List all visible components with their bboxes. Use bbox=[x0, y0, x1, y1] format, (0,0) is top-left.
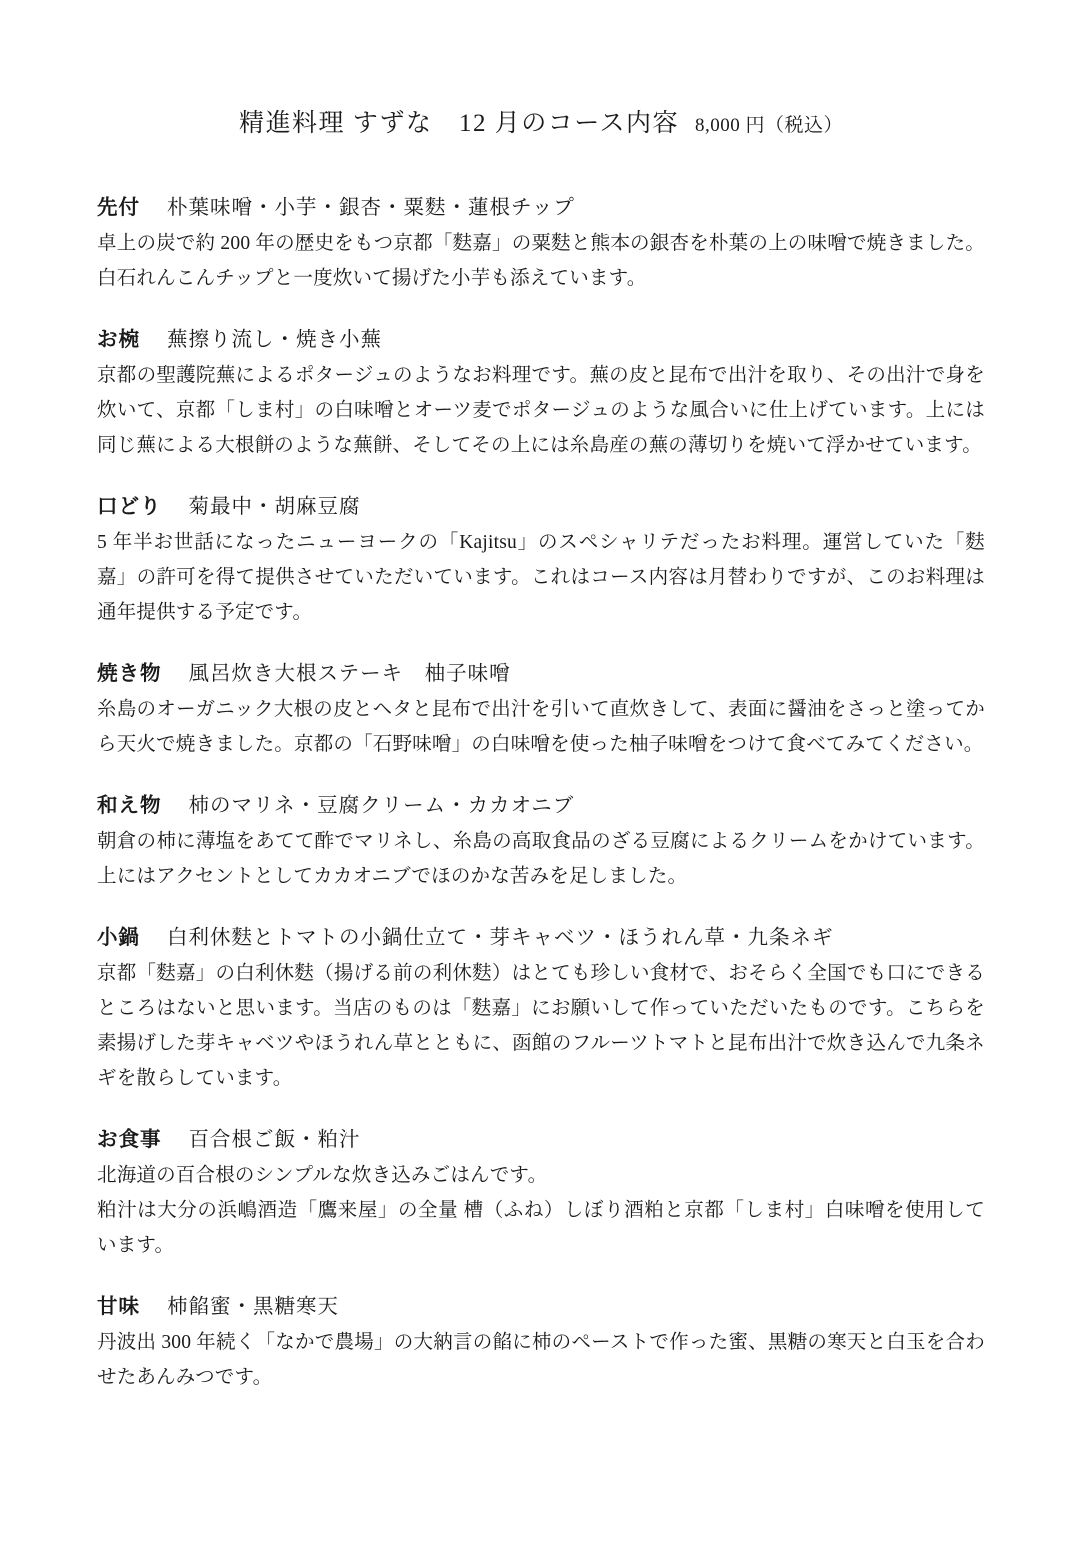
course-description: 糸島のオーガニック大根の皮とヘタと昆布で出汁を引いて直炊きして、表面に醤油をさっ… bbox=[97, 692, 985, 762]
course-name: 風呂炊き大根ステーキ 柚子味噌 bbox=[189, 663, 511, 685]
menu-title: 精進料理 すずな 12 月のコース内容 bbox=[239, 110, 679, 137]
page-title: 精進料理 すずな 12 月のコース内容 8,000 円（税込） bbox=[97, 103, 985, 139]
course-term: 小鍋 bbox=[97, 927, 140, 949]
course-name: 朴葉味噌・小芋・銀杏・粟麩・蓮根チップ bbox=[167, 197, 575, 219]
course-section-kuchidori: 口どり菊最中・胡麻豆腐 5 年半お世話になったニューヨークの「Kajitsu」の… bbox=[97, 492, 985, 630]
course-header: 口どり菊最中・胡麻豆腐 bbox=[97, 492, 985, 522]
course-description: 京都「麩嘉」の白利休麩（揚げる前の利休麩）はとても珍しい食材で、おそらく全国でも… bbox=[97, 956, 985, 1096]
course-term: 和え物 bbox=[97, 795, 162, 817]
course-term: お椀 bbox=[97, 329, 140, 351]
course-name: 菊最中・胡麻豆腐 bbox=[189, 496, 361, 518]
course-section-yakimono: 焼き物風呂炊き大根ステーキ 柚子味噌 糸島のオーガニック大根の皮とヘタと昆布で出… bbox=[97, 659, 985, 762]
course-name: 柿のマリネ・豆腐クリーム・カカオニブ bbox=[189, 795, 575, 817]
course-name: 百合根ご飯・粕汁 bbox=[189, 1129, 361, 1151]
course-header: お椀蕪擦り流し・焼き小蕪 bbox=[97, 325, 985, 355]
course-header: 甘味柿餡蜜・黒糖寒天 bbox=[97, 1292, 985, 1322]
course-section-oshokuji: お食事百合根ご飯・粕汁 北海道の百合根のシンプルな炊き込みごはんです。 粕汁は大… bbox=[97, 1125, 985, 1263]
course-section-aemono: 和え物柿のマリネ・豆腐クリーム・カカオニブ 朝倉の柿に薄塩をあてて酢でマリネし、… bbox=[97, 791, 985, 894]
course-description: 京都の聖護院蕪によるポタージュのようなお料理です。蕪の皮と昆布で出汁を取り、その… bbox=[97, 358, 985, 463]
course-header: 焼き物風呂炊き大根ステーキ 柚子味噌 bbox=[97, 659, 985, 689]
menu-document: 精進料理 すずな 12 月のコース内容 8,000 円（税込） 先付朴葉味噌・小… bbox=[0, 0, 1080, 1546]
course-header: 先付朴葉味噌・小芋・銀杏・粟麩・蓮根チップ bbox=[97, 193, 985, 223]
course-description: 北海道の百合根のシンプルな炊き込みごはんです。 粕汁は大分の浜嶋酒造「鷹来屋」の… bbox=[97, 1158, 985, 1263]
course-term: 先付 bbox=[97, 197, 140, 219]
course-term: お食事 bbox=[97, 1129, 162, 1151]
course-section-kanmi: 甘味柿餡蜜・黒糖寒天 丹波出 300 年続く「なかで農場」の大納言の餡に柿のペー… bbox=[97, 1292, 985, 1395]
course-description: 丹波出 300 年続く「なかで農場」の大納言の餡に柿のペーストで作った蜜、黒糖の… bbox=[97, 1325, 985, 1395]
course-header: お食事百合根ご飯・粕汁 bbox=[97, 1125, 985, 1155]
course-section-konabe: 小鍋白利休麩とトマトの小鍋仕立て・芽キャベツ・ほうれん草・九条ネギ 京都「麩嘉」… bbox=[97, 923, 985, 1096]
course-term: 口どり bbox=[97, 496, 162, 518]
course-name: 蕪擦り流し・焼き小蕪 bbox=[167, 329, 382, 351]
course-term: 焼き物 bbox=[97, 663, 162, 685]
course-section-sakizuke: 先付朴葉味噌・小芋・銀杏・粟麩・蓮根チップ 卓上の炭で約 200 年の歴史をもつ… bbox=[97, 193, 985, 296]
course-name: 白利休麩とトマトの小鍋仕立て・芽キャベツ・ほうれん草・九条ネギ bbox=[167, 927, 834, 949]
course-description: 5 年半お世話になったニューヨークの「Kajitsu」のスペシャリテだったお料理… bbox=[97, 525, 985, 630]
course-section-owan: お椀蕪擦り流し・焼き小蕪 京都の聖護院蕪によるポタージュのようなお料理です。蕪の… bbox=[97, 325, 985, 463]
course-header: 小鍋白利休麩とトマトの小鍋仕立て・芽キャベツ・ほうれん草・九条ネギ bbox=[97, 923, 985, 953]
menu-price: 8,000 円（税込） bbox=[695, 115, 843, 136]
course-name: 柿餡蜜・黒糖寒天 bbox=[167, 1296, 339, 1318]
course-header: 和え物柿のマリネ・豆腐クリーム・カカオニブ bbox=[97, 791, 985, 821]
course-term: 甘味 bbox=[97, 1296, 140, 1318]
course-description: 朝倉の柿に薄塩をあてて酢でマリネし、糸島の高取食品のざる豆腐によるクリームをかけ… bbox=[97, 824, 985, 894]
course-description: 卓上の炭で約 200 年の歴史をもつ京都「麩嘉」の粟麩と熊本の銀杏を朴葉の上の味… bbox=[97, 226, 985, 296]
